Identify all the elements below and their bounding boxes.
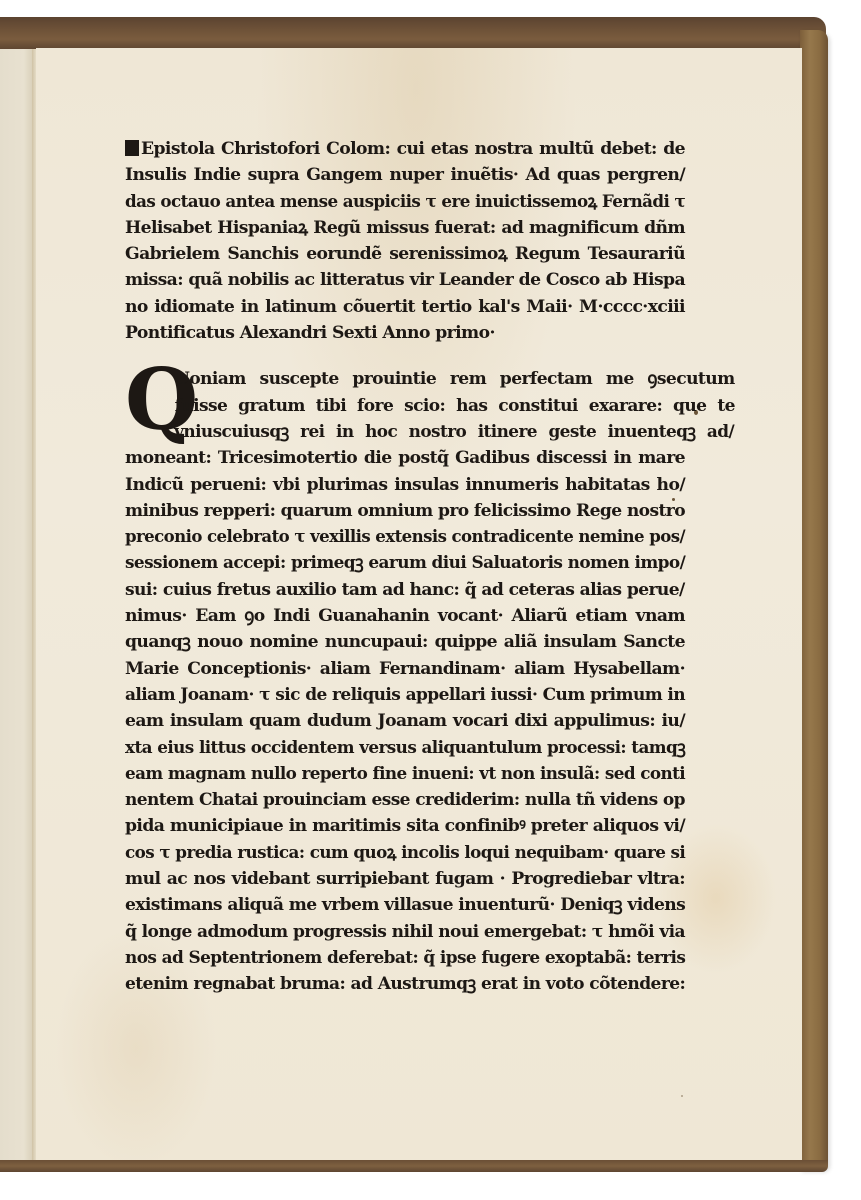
title-paragraph: Epistola Christofori Colom: cui etas nos… (125, 136, 685, 346)
body-line: q̃ longe admodum progressis nihil noui e… (125, 919, 685, 945)
body-line: Marie Conceptionis· aliam Fernandinam· a… (125, 656, 685, 682)
body-line: etenim regnabat bruma: ad Austrumqꝫ erat… (125, 971, 685, 997)
body-line: nos ad Septentrionem deferebat: q̃ ipse … (125, 945, 685, 971)
body-line: minibus repperi: quarum omnium pro felic… (125, 498, 685, 524)
body-line: nentem Chatai prouinciam esse crediderim… (125, 787, 685, 813)
body-line: vniuscuiusqꝫ rei in hoc nostro itinere g… (125, 419, 734, 445)
binding-top-edge (0, 17, 826, 49)
heading-line: Insulis Indie supra Gangem nuper inuẽtis… (125, 162, 685, 188)
heading-line: Helisabet Hispaniaꝝ Regũ missus fuerat: … (125, 215, 685, 241)
body-line: nimus· Eam ꝯo Indi Guanahanin vocant· Al… (125, 603, 685, 629)
body-line: cos τ predia rustica: cum quoꝝ incolis l… (125, 840, 685, 866)
paragraph-mark-icon (125, 140, 139, 156)
body-line: existimans aliquã me vrbem villasue inue… (125, 892, 685, 918)
binding-right-edge (800, 30, 828, 1170)
heading-line: no idiomate in latinum cõuertit tertio k… (125, 294, 685, 320)
body-line: sui: cuius fretus auxilio tam ad hanc: q… (125, 577, 685, 603)
heading-line: missa: quã nobilis ac litteratus vir Lea… (125, 267, 685, 293)
body-line: Uoniam suscepte prouintie rem perfectam … (125, 366, 735, 392)
body-line: fuisse gratum tibi fore scio: has consti… (125, 393, 735, 419)
body-line: moneant: Tricesimotertio die postq̃ Gadi… (125, 445, 685, 471)
heading-line: Gabrielem Sanchis eorundẽ serenissimoꝝ R… (125, 241, 685, 267)
heading-line: Epistola Christofori Colom: cui etas nos… (125, 136, 685, 162)
body-line: aliam Joanam· τ sic de reliquis appellar… (125, 682, 685, 708)
heading-line: das octauo antea mense auspiciis τ ere i… (125, 189, 685, 215)
body-line: sessionem accepi: primeqꝫ earum diui Sal… (125, 550, 685, 576)
letter-text: Epistola Christofori Colom: cui etas nos… (125, 136, 685, 998)
body-paragraph: Q Uoniam suscepte prouintie rem perfecta… (125, 366, 685, 997)
body-line: quanqꝫ nouo nomine nuncupaui: quippe ali… (125, 629, 685, 655)
body-line: Indicũ perueni: vbi plurimas insulas inn… (125, 472, 685, 498)
body-line: eam magnam nullo reperto fine inueni: vt… (125, 761, 685, 787)
body-line: xta eius littus occidentem versus aliqua… (125, 735, 685, 761)
body-line: eam insulam quam dudum Joanam vocari dix… (125, 708, 685, 734)
body-line: mul ac nos videbant surripiebant fugam ·… (125, 866, 685, 892)
facing-page-edge (0, 40, 34, 1170)
body-line: preconio celebrato τ vexillis extensis c… (125, 524, 685, 550)
heading-line: Pontificatus Alexandri Sexti Anno primo· (125, 320, 685, 346)
body-line: pida municipiaue in maritimis sita confi… (125, 813, 685, 839)
binding-bottom-edge (0, 1160, 828, 1172)
foxing-spot (681, 1095, 683, 1097)
